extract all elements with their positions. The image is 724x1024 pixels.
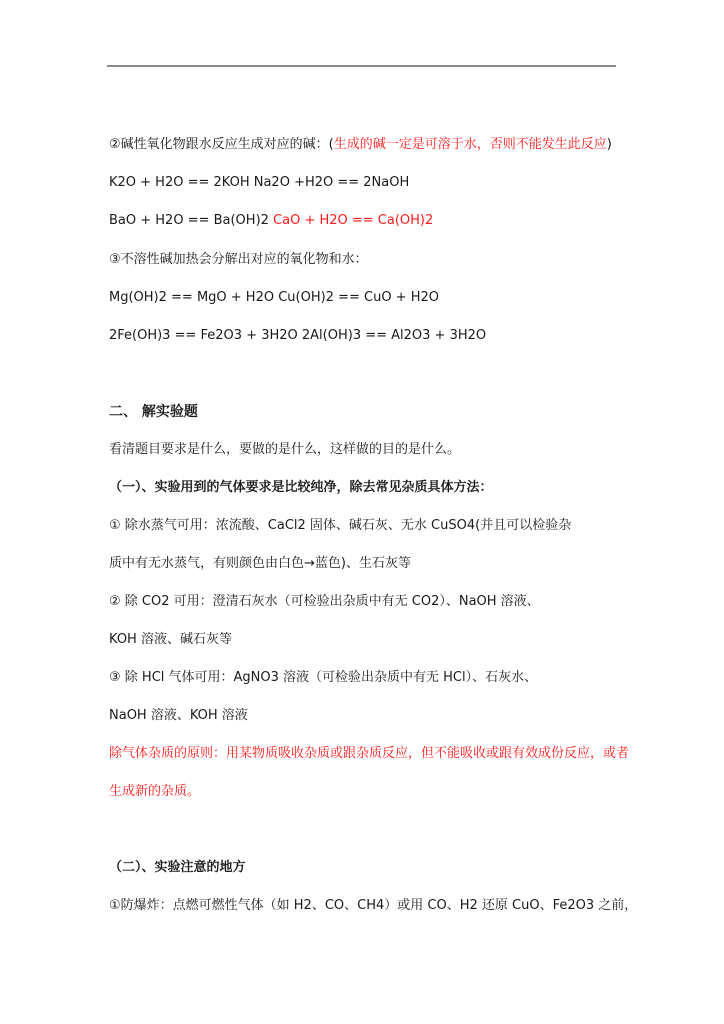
text-line: 看清题目要求是什么，要做的是什么，这样做的目的是什么。 bbox=[109, 441, 460, 459]
highlight-equation: CaO + H2O == Ca(OH)2 bbox=[273, 213, 433, 228]
equation-line: 2Fe(OH)3 == Fe2O3 + 3H2O 2Al(OH)3 == Al2… bbox=[109, 327, 486, 345]
text-segment: ) bbox=[607, 137, 612, 152]
equation-line: BaO + H2O == Ba(OH)2 CaO + H2O == Ca(OH)… bbox=[109, 212, 433, 230]
text-segment: KOH 溶液、碱石灰等 bbox=[109, 632, 232, 647]
text-segment: ③不溶性碱加热会分解出对应的氧化物和水： bbox=[109, 252, 368, 267]
text-segment: NaOH 溶液、KOH 溶液 bbox=[109, 708, 248, 723]
list-item-continuation: 质中有无水蒸气，有则颜色由白色→蓝色)、生石灰等 bbox=[109, 555, 411, 573]
equation-text: 2Fe(OH)3 == Fe2O3 + 3H2O 2Al(OH)3 == Al2… bbox=[109, 328, 486, 343]
subheading-text: （二）、实验注意的地方 bbox=[109, 860, 246, 875]
equation-text: Mg(OH)2 == MgO + H2O Cu(OH)2 == CuO + H2… bbox=[109, 290, 439, 305]
list-item: ① 除水蒸气可用：浓流酸、CaCl2 固体、碱石灰、无水 CuSO4(并且可以检… bbox=[109, 517, 571, 535]
heading-text: 二、 解实验题 bbox=[109, 404, 198, 420]
equation-line: K2O + H2O == 2KOH Na2O +H2O == 2NaOH bbox=[109, 174, 409, 192]
subheading-text: （一）、实验用到的气体要求是比较纯净，除去常见杂质具体方法： bbox=[109, 480, 493, 495]
equation-text: K2O + H2O == 2KOH Na2O +H2O == 2NaOH bbox=[109, 175, 409, 190]
text-segment: 看清题目要求是什么，要做的是什么，这样做的目的是什么。 bbox=[109, 442, 460, 457]
text-line-basic-oxide-water: ②碱性氧化物跟水反应生成对应的碱：(生成的碱一定是可溶于水，否则不能发生此反应) bbox=[109, 136, 612, 154]
header-rule bbox=[107, 65, 616, 67]
list-item-continuation: NaOH 溶液、KOH 溶液 bbox=[109, 707, 248, 725]
list-item: ② 除 CO2 可用：澄清石灰水（可检验出杂质中有无 CO2）、NaOH 溶液、 bbox=[109, 593, 540, 611]
text-line-insoluble-base: ③不溶性碱加热会分解出对应的氧化物和水： bbox=[109, 251, 368, 269]
subsection-heading: （二）、实验注意的地方 bbox=[109, 859, 246, 877]
text-segment: 除气体杂质的原则：用某物质吸收杂质或跟杂质反应，但不能吸收或跟有效成份反应，或者 bbox=[109, 746, 629, 761]
equation-text: BaO + H2O == Ba(OH)2 bbox=[109, 213, 273, 228]
list-item: ③ 除 HCl 气体可用：AgNO3 溶液（可检验出杂质中有无 HCl）、石灰水… bbox=[109, 669, 537, 687]
highlight-note: 生成的碱一定是可溶于水，否则不能发生此反应 bbox=[334, 137, 607, 152]
text-segment: ①防爆炸：点燃可燃性气体（如 H2、CO、CH4）或用 CO、H2 还原 CuO… bbox=[109, 898, 637, 913]
principle-note: 除气体杂质的原则：用某物质吸收杂质或跟杂质反应，但不能吸收或跟有效成份反应，或者 bbox=[109, 745, 629, 763]
text-segment: 生成新的杂质。 bbox=[109, 784, 200, 799]
document-page: ②碱性氧化物跟水反应生成对应的碱：(生成的碱一定是可溶于水，否则不能发生此反应)… bbox=[0, 0, 724, 1024]
subsection-heading: （一）、实验用到的气体要求是比较纯净，除去常见杂质具体方法： bbox=[109, 479, 493, 497]
text-segment: ② 除 CO2 可用：澄清石灰水（可检验出杂质中有无 CO2）、NaOH 溶液、 bbox=[109, 594, 540, 609]
text-segment: ②碱性氧化物跟水反应生成对应的碱：( bbox=[109, 137, 334, 152]
text-segment: 质中有无水蒸气，有则颜色由白色→蓝色)、生石灰等 bbox=[109, 556, 411, 571]
principle-note-continuation: 生成新的杂质。 bbox=[109, 783, 200, 801]
equation-line: Mg(OH)2 == MgO + H2O Cu(OH)2 == CuO + H2… bbox=[109, 289, 439, 307]
text-segment: ③ 除 HCl 气体可用：AgNO3 溶液（可检验出杂质中有无 HCl）、石灰水… bbox=[109, 670, 537, 685]
text-segment: ① 除水蒸气可用：浓流酸、CaCl2 固体、碱石灰、无水 CuSO4(并且可以检… bbox=[109, 518, 571, 533]
list-item: ①防爆炸：点燃可燃性气体（如 H2、CO、CH4）或用 CO、H2 还原 CuO… bbox=[109, 897, 637, 915]
section-heading: 二、 解实验题 bbox=[109, 403, 198, 421]
list-item-continuation: KOH 溶液、碱石灰等 bbox=[109, 631, 232, 649]
